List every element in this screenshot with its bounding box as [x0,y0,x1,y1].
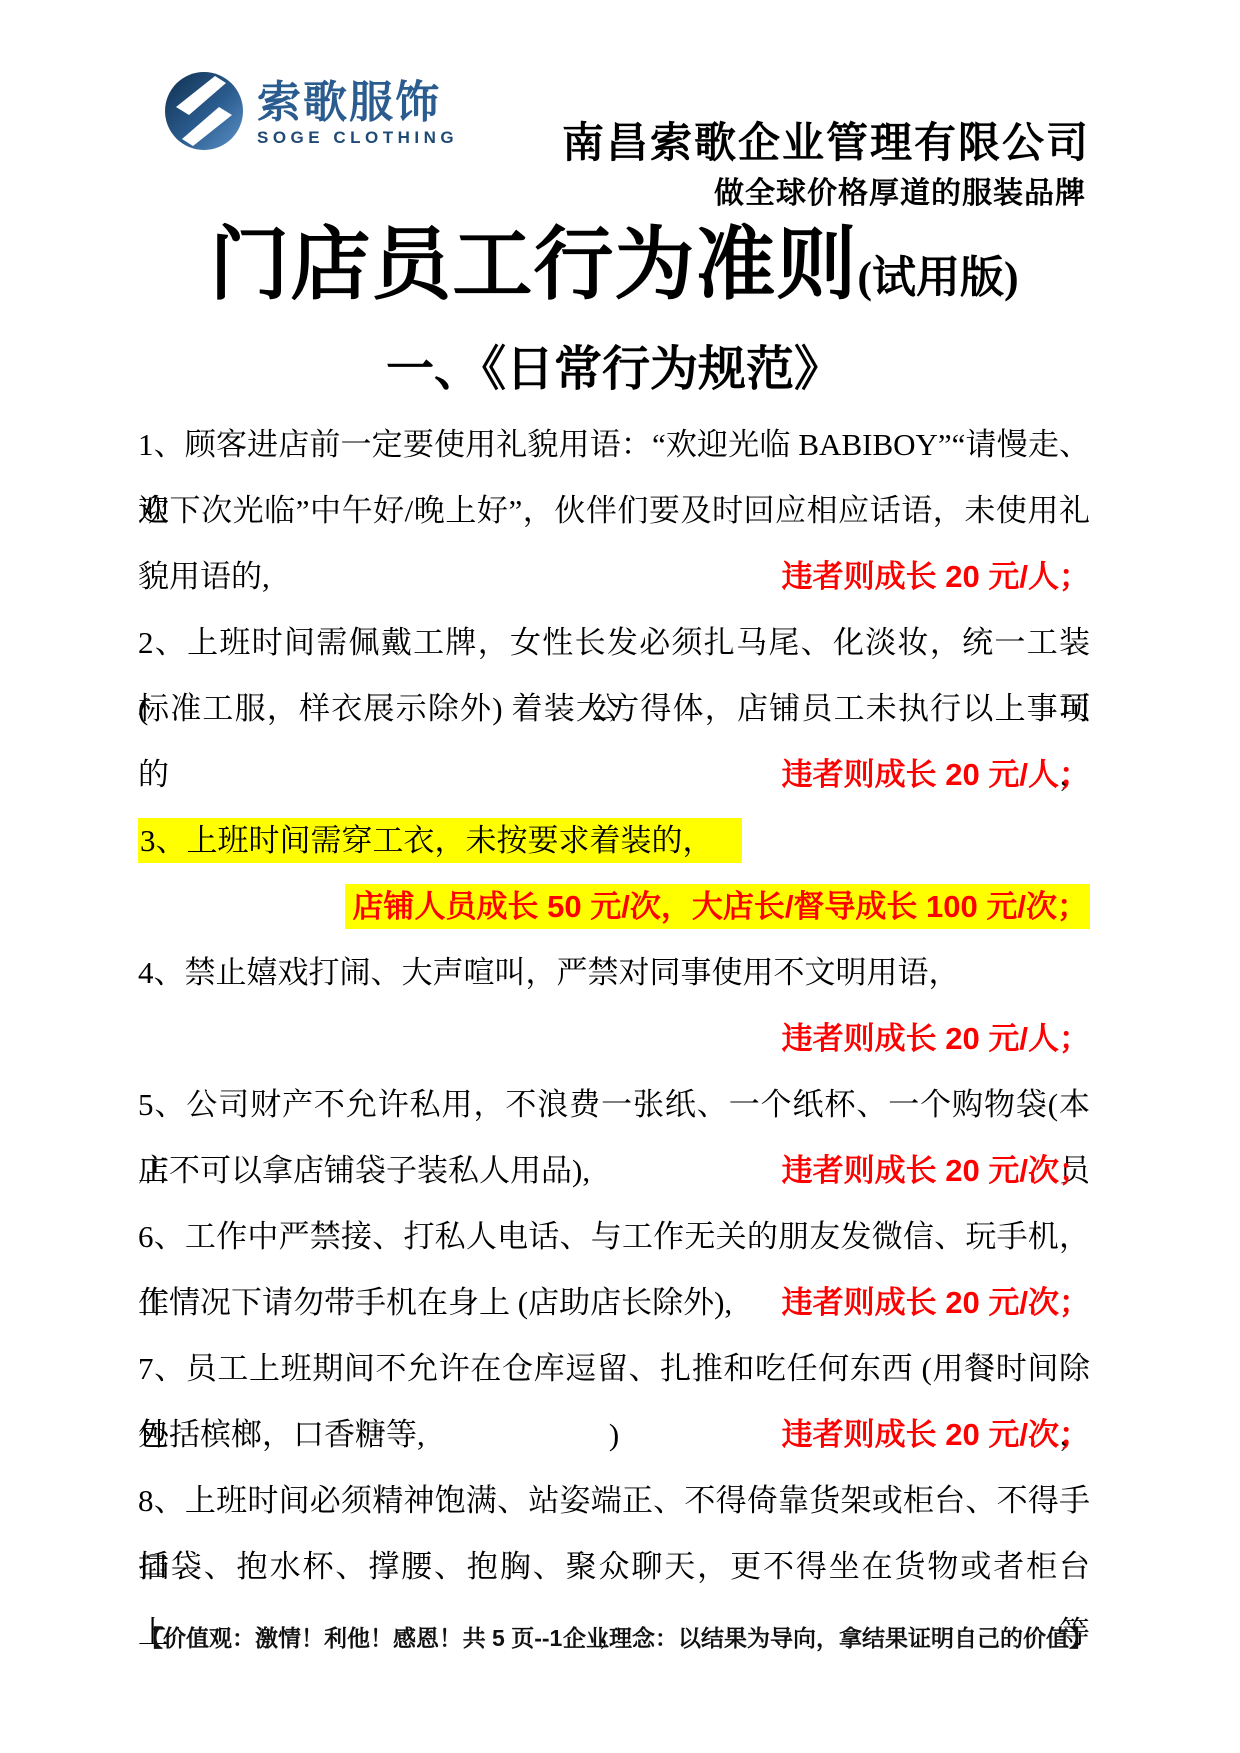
rule-text: 工不可以拿店铺袋子装私人用品), [138,1138,590,1204]
penalty-text: 违者则成长 20 元/人； [782,544,1090,610]
rule-line: 1、顾客进店前一定要使用礼貌用语：“欢迎光临 BABIBOY”“请慢走、欢 [138,412,1090,478]
rule-line: 标准工服，样衣展示除外) 着装大方得体，店铺员工未执行以上事项的， [138,676,1090,742]
rule-item: 4、禁止嬉戏打闹、大声喧叫，严禁对同事使用不文明用语，违者则成长 20 元/人； [138,940,1090,1072]
rule-item: 7、员工上班期间不允许在仓库逗留、扎推和吃任何东西 (用餐时间除外)，包括槟榔，… [138,1336,1090,1468]
logo-text-cn: 索歌服饰 [257,81,458,125]
penalty-text: 违者则成长 20 元/次； [782,1270,1090,1336]
soge-logo-icon [163,70,245,157]
penalty-text: 违者则成长 20 元/次； [782,1138,1090,1204]
footer-values: 【价值观：激情！利他！感恩！ [140,1620,462,1653]
rules-list: 1、顾客进店前一定要使用礼貌用语：“欢迎光临 BABIBOY”“请慢走、欢迎下次… [138,412,1090,1600]
rule-line: 店铺人员成长 50 元/次，大店长/督导成长 100 元/次； [138,874,1090,940]
company-name: 南昌索歌企业管理有限公司 [562,110,1090,170]
rule-line: 8、上班时间必须精神饱满、站姿端正、不得倚靠货架或柜台、不得手插 [138,1468,1090,1534]
rule-text: 迎下次光临”中午好/晚上好”，伙伴们要及时回应相应话语，未使用礼 [138,493,1090,528]
penalty-text: 违者则成长 20 元/人； [782,1021,1090,1056]
penalty-text: 店铺人员成长 50 元/次，大店长/督导成长 100 元/次； [345,884,1091,929]
rule-line: 5、公司财产不允许私用，不浪费一张纸、一个纸杯、一个购物袋(本店员 [138,1072,1090,1138]
rule-line: 7、员工上班期间不允许在仓库逗留、扎推和吃任何东西 (用餐时间除外)， [138,1336,1090,1402]
rule-line: 2、上班时间需佩戴工牌，女性长发必须扎马尾、化淡妆，统一工装(公司 [138,610,1090,676]
rule-text: 4、禁止嬉戏打闹、大声喧叫，严禁对同事使用不文明用语， [138,955,960,990]
document-title-main: 门店员工行为准则 [209,222,857,310]
rule-item: 5、公司财产不允许私用，不浪费一张纸、一个纸杯、一个购物袋(本店员工不可以拿店铺… [138,1072,1090,1204]
rule-text: 3、上班时间需穿工衣，未按要求着装的， [138,818,742,863]
penalty-text: 违者则成长 20 元/人； [782,757,1090,792]
rule-line: 3、上班时间需穿工衣，未按要求着装的， [138,808,1090,874]
document-title: 门店员工行为准则(试用版) [138,220,1090,334]
rule-line: 迎下次光临”中午好/晚上好”，伙伴们要及时回应相应话语，未使用礼 [138,478,1090,544]
rule-text: 包括槟榔，口香糖等, [138,1402,425,1468]
rule-text: 作情况下请勿带手机在身上 (店助店长除外), [138,1270,732,1336]
rule-line: 4、禁止嬉戏打闹、大声喧叫，严禁对同事使用不文明用语， [138,940,1090,1006]
page-header: 索歌服饰 SOGE CLOTHING 南昌索歌企业管理有限公司 做全球价格厚道的… [138,70,1090,220]
footer-page-number: 共 5 页--1 [463,1620,563,1653]
document-page: 索歌服饰 SOGE CLOTHING 南昌索歌企业管理有限公司 做全球价格厚道的… [0,0,1240,1753]
rule-line: 作情况下请勿带手机在身上 (店助店长除外),违者则成长 20 元/次； [138,1270,1090,1336]
rule-item: 6、工作中严禁接、打私人电话、与工作无关的朋友发微信、玩手机，工作情况下请勿带手… [138,1204,1090,1336]
company-slogan: 做全球价格厚道的服装品牌 [714,168,1086,212]
rule-line: 违者则成长 20 元/人； [138,1006,1090,1072]
penalty-text: 违者则成长 20 元/次； [782,1402,1090,1468]
rule-item: 8、上班时间必须精神饱满、站姿端正、不得倚靠货架或柜台、不得手插口袋、抱水杯、撑… [138,1468,1090,1600]
rule-text: 貌用语的, [138,544,270,610]
rule-item: 1、顾客进店前一定要使用礼貌用语：“欢迎光临 BABIBOY”“请慢走、欢迎下次… [138,412,1090,610]
rule-line: 口袋、抱水杯、撑腰、抱胸、聚众聊天，更不得坐在货物或者柜台上，等 [138,1534,1090,1600]
company-logo: 索歌服饰 SOGE CLOTHING [163,70,458,157]
section-heading: 一、《日常行为规范》 [138,338,1090,402]
page-footer: 【价值观：激情！利他！感恩！ 共 5 页--1 企业理念：以结果为导向，拿结果证… [140,1620,1092,1653]
footer-philosophy: 企业理念：以结果为导向，拿结果证明自己的价值】 [563,1620,1092,1653]
rule-line: 6、工作中严禁接、打私人电话、与工作无关的朋友发微信、玩手机，工 [138,1204,1090,1270]
document-title-suffix: (试用版) [857,253,1018,302]
rule-item: 3、上班时间需穿工衣，未按要求着装的，店铺人员成长 50 元/次，大店长/督导成… [138,808,1090,940]
rule-item: 2、上班时间需佩戴工牌，女性长发必须扎马尾、化淡妆，统一工装(公司标准工服，样衣… [138,610,1090,808]
logo-text-en: SOGE CLOTHING [257,129,458,146]
logo-text: 索歌服饰 SOGE CLOTHING [257,81,458,146]
rule-line: 貌用语的,违者则成长 20 元/人； [138,544,1090,610]
